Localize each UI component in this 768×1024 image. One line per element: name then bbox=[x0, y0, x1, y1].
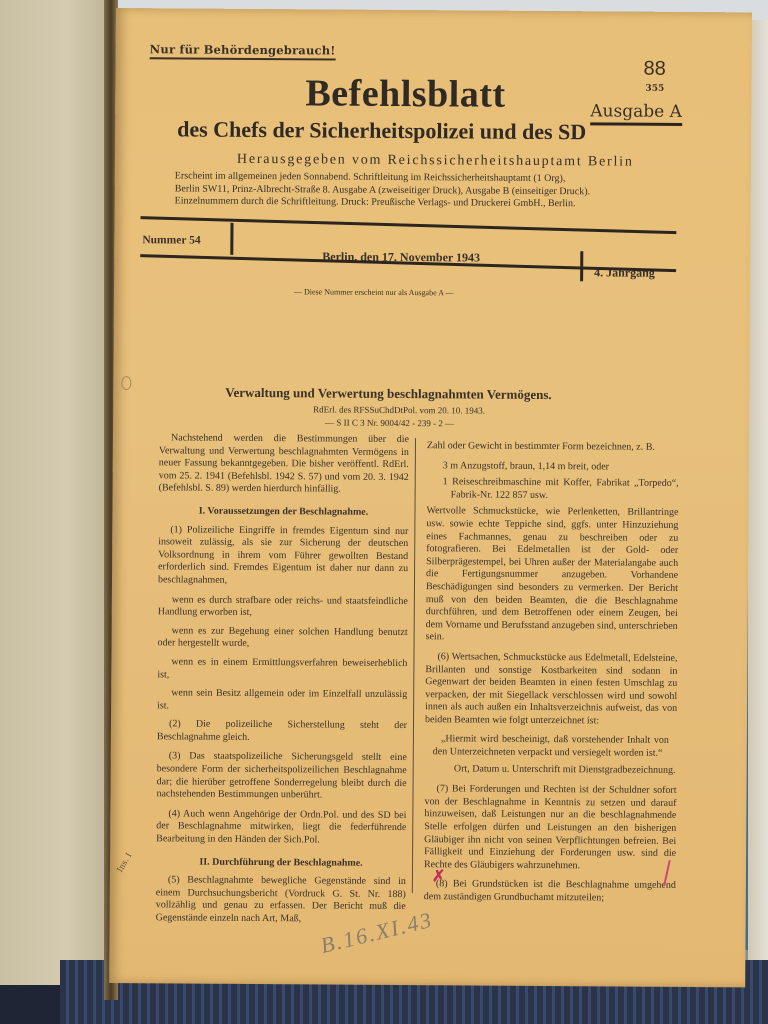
paragraph-6: (6) Wertsachen, Schmuckstücke aus Edelme… bbox=[425, 651, 678, 728]
certification-quote: „Hiermit wird bescheinigt, daß vorstehen… bbox=[425, 734, 677, 761]
section-heading: I. Voraussetzungen der Beschlagnahme. bbox=[158, 505, 408, 519]
example-item: 3 m Anzugstoff, braun, 1,14 m breit, ode… bbox=[435, 460, 679, 474]
edition-label: Ausgabe A bbox=[590, 101, 682, 126]
condition-item: wenn es in einem Ermittlungsverfahren be… bbox=[157, 656, 407, 683]
condition-item: wenn es durch strafbare oder reichs- und… bbox=[158, 594, 408, 621]
restriction-notice: Nur für Behördengebrauch! bbox=[150, 42, 336, 60]
document-page: Nur für Behördengebrauch! 88 355 Ausgabe… bbox=[109, 8, 752, 987]
paragraph-2: (2) Die polizeiliche Sicherstellung steh… bbox=[157, 719, 407, 746]
photo-scene: Nur für Behördengebrauch! 88 355 Ausgabe… bbox=[0, 0, 768, 1024]
condition-item: wenn es zur Begehung einer solchen Handl… bbox=[158, 625, 408, 652]
page-stack-edge bbox=[748, 20, 768, 960]
edition-note: — Diese Nummer erscheint nur als Ausgabe… bbox=[294, 287, 454, 297]
condition-item: wenn sein Besitz allgemein oder im Einze… bbox=[157, 687, 407, 714]
publisher-line: Herausgegeben vom Reichssicherheitshaupt… bbox=[237, 152, 634, 171]
paragraph-4: (4) Auch wenn Angehörige der Ordn.Pol. u… bbox=[156, 808, 406, 848]
example-item: 1 Reiseschreibmaschine mit Koffer, Fabri… bbox=[435, 476, 679, 503]
red-pencil-cross-icon: ✗ bbox=[432, 866, 446, 885]
continuation-paragraph: Zahl oder Gewicht in bestimmter Form bez… bbox=[427, 440, 679, 454]
article-title: Verwaltung und Verwertung beschlagnahmte… bbox=[225, 385, 551, 403]
section-heading: II. Durchführung der Beschlagnahme. bbox=[156, 856, 406, 870]
left-column: Nachstehend werden die Bestimmungen über… bbox=[156, 432, 409, 933]
paragraph-5: (5) Beschlagnahmte bewegliche Gegenständ… bbox=[156, 875, 406, 927]
signature-line: Ort, Datum u. Unterschrift mit Dienstgra… bbox=[453, 763, 677, 777]
paragraph-3: (3) Das staatspolizeiliche Sicherungsgel… bbox=[156, 751, 406, 803]
right-column: Zahl oder Gewicht in bestimmter Form bez… bbox=[424, 440, 679, 912]
article-reference: RdErl. des RFSSuChdDtPol. vom 20. 10. 19… bbox=[313, 404, 485, 415]
page-number: 88 bbox=[644, 58, 666, 81]
document-title: Befehlsblatt bbox=[305, 71, 506, 116]
masthead-rule-top bbox=[140, 216, 676, 234]
issue-number: Nummer 54 bbox=[142, 234, 200, 246]
column-divider bbox=[412, 438, 416, 893]
paragraph-8: (8) Bei Grundstücken ist die Beschlagnah… bbox=[424, 879, 676, 906]
left-blank-page bbox=[0, 0, 112, 1024]
masthead-divider bbox=[230, 223, 233, 255]
punch-hole bbox=[121, 376, 131, 390]
publication-info: Erscheint im allgemeinen jeden Sonnabend… bbox=[175, 170, 695, 211]
valuables-paragraph: Wertvolle Schmuckstücke, wie Perlenkette… bbox=[426, 506, 679, 646]
paragraph-1: (1) Polizeiliche Eingriffe in fremdes Ei… bbox=[158, 524, 408, 589]
margin-mark: Ins. I bbox=[115, 851, 133, 873]
article-file-number: — S II C 3 Nr. 9004/42 - 239 - 2 — bbox=[325, 417, 454, 428]
serial-number: 355 bbox=[645, 84, 664, 94]
intro-paragraph: Nachstehend werden die Bestimmungen über… bbox=[159, 432, 409, 497]
paragraph-7: (7) Bei Forderungen und Rechten ist der … bbox=[424, 783, 677, 873]
info-line: Einzelnummern durch die Schriftleitung. … bbox=[175, 195, 695, 211]
document-subtitle: des Chefs der Sicherheitspolizei und des… bbox=[177, 116, 586, 145]
